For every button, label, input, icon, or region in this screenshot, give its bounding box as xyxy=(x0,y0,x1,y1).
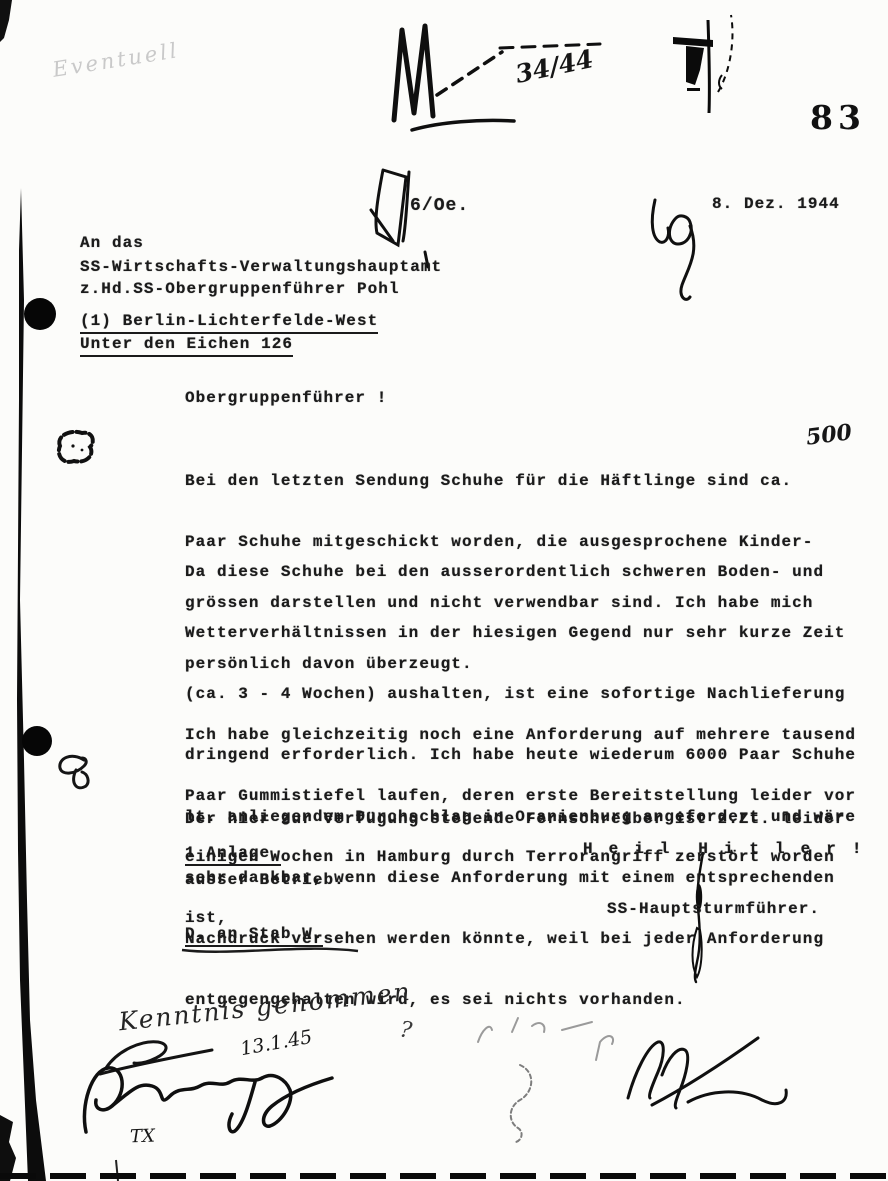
page-number: 83 xyxy=(810,98,866,137)
signature-rank: SS-Hauptsturmführer. xyxy=(607,899,820,919)
margin-pen-squiggle xyxy=(60,756,88,788)
enclosure-underlined: 1 Anlage. xyxy=(185,843,281,866)
date-initials-scribble xyxy=(652,200,694,299)
scanned-letter-page: Eventuell 34/44 83 6/Oe. 8. Dez. 1944 An… xyxy=(0,0,888,1181)
distribution-note: D. an Stab W. xyxy=(185,924,323,947)
recipient-line-1: An das xyxy=(80,233,144,253)
body-line: Der hier zur Verfügung stehende Fernschr… xyxy=(185,809,845,829)
distribution-underlined: D. an Stab W. xyxy=(185,924,323,947)
corner-ink-mark xyxy=(673,15,732,113)
closing-salute: H e i l H i t l e r ! xyxy=(583,839,865,859)
ref-pen-mark xyxy=(371,170,428,267)
body-line: Bei den letzten Sendung Schuhe für die H… xyxy=(185,471,813,491)
handwritten-shoe-count: 500 xyxy=(805,419,854,450)
body-line: ausser Betrieb. xyxy=(185,870,845,890)
letter-date: 8. Dez. 1944 xyxy=(712,194,840,214)
recipient-city-line: (1) Berlin-Lichterfelde-West xyxy=(80,311,378,334)
punch-hole-bottom xyxy=(22,726,52,756)
enclosure-note: 1 Anlage. xyxy=(185,843,281,866)
typed-reference: 6/Oe. xyxy=(410,196,469,216)
body-line: Da diese Schuhe bei den ausserordentlich… xyxy=(185,562,856,582)
recipient-city-underlined: (1) Berlin-Lichterfelde-West xyxy=(80,311,378,334)
body-line: Wetterverhältnissen in der hiesigen Gege… xyxy=(185,623,856,643)
recipient-street-line: Unter den Eichen 126 xyxy=(80,334,293,357)
pencil-note: Eventuell xyxy=(51,38,181,82)
body-line: Ich habe gleichzeitig noch eine Anforder… xyxy=(185,725,856,745)
registry-number: 34/44 xyxy=(513,44,596,89)
scan-bottom-edge xyxy=(0,1173,888,1179)
footer-initials: TX xyxy=(130,1126,156,1148)
margin-stamp-mark xyxy=(59,432,93,462)
salutation: Obergruppenführer ! xyxy=(185,388,387,408)
recipient-street-underlined: Unter den Eichen 126 xyxy=(80,334,293,357)
recipient-line-2: SS-Wirtschafts-Verwaltungshauptamt xyxy=(80,257,442,277)
punch-hole-top xyxy=(24,298,56,330)
footer-signature-large xyxy=(84,1068,332,1132)
scan-edge-line xyxy=(0,0,118,1181)
recipient-line-3: z.Hd.SS-Obergruppenführer Pohl xyxy=(80,279,400,299)
